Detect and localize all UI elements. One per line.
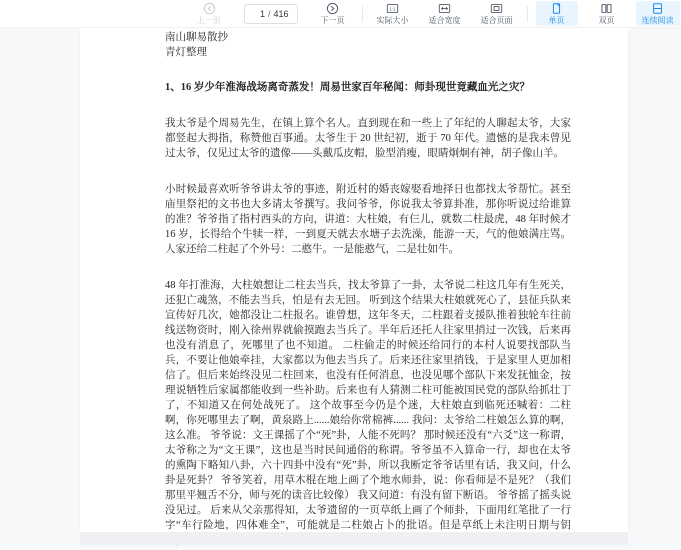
page-indicator[interactable]: / 416 bbox=[244, 4, 298, 24]
paragraph: 小时候最喜欢听爷爷讲太爷的事迹，附近村的婚丧嫁娶看地择日也都找太爷帮忙。甚至庙里… bbox=[165, 182, 571, 257]
single-page-button[interactable]: 单页 bbox=[536, 1, 578, 26]
fit-width-icon bbox=[438, 2, 451, 15]
page-total: 416 bbox=[274, 9, 289, 19]
double-page-icon bbox=[600, 2, 613, 15]
actual-size-button[interactable]: 1:1 实际大小 bbox=[371, 1, 415, 26]
next-page-label: 下一页 bbox=[321, 16, 345, 25]
fit-width-button[interactable]: 适合宽度 bbox=[423, 1, 467, 26]
fit-width-label: 适合宽度 bbox=[429, 16, 461, 25]
reader-toolbar: 上一页 / 416 下一页 1:1 实际大小 bbox=[0, 0, 681, 28]
toolbar-divider bbox=[527, 6, 528, 22]
one-to-one-icon: 1:1 bbox=[386, 2, 399, 15]
zoom-group: 1:1 实际大小 适合宽度 适合页面 bbox=[371, 1, 519, 26]
circle-arrow-right-icon bbox=[326, 2, 339, 15]
chapter-heading: 1、16 岁少年淮海战场离奇蒸发！周易世家百年秘闻：师卦现世竟藏血光之灾？ bbox=[165, 80, 571, 95]
single-page-icon bbox=[550, 2, 563, 15]
nav-group: 上一页 / 416 下一页 bbox=[188, 1, 354, 26]
fit-page-label: 适合页面 bbox=[481, 16, 513, 25]
pdf-page: 南山聊易散抄 青灯整理 1、16 岁少年淮海战场离奇蒸发！周易世家百年秘闻：师卦… bbox=[80, 28, 628, 532]
prev-page-button[interactable]: 上一页 bbox=[188, 1, 230, 26]
paragraph: 我太爷是个周易先生，在镇上算个名人。直到现在和一些上了年纪的人聊起太爷，大家都竖… bbox=[165, 116, 571, 161]
doc-title-line: 南山聊易散抄 bbox=[165, 30, 571, 45]
next-page-button[interactable]: 下一页 bbox=[312, 1, 354, 26]
document-viewport[interactable]: 南山聊易散抄 青灯整理 1、16 岁少年淮海战场离奇蒸发！周易世家百年秘闻：师卦… bbox=[0, 28, 681, 550]
layout-group: 单页 双页 连续阅读 bbox=[536, 1, 680, 26]
paragraph: 48 年打淮海，大柱娘想让二柱去当兵，找太爷算了一卦，太爷说二柱这几年有生死关，… bbox=[165, 278, 571, 548]
page-gap bbox=[80, 532, 628, 545]
actual-size-label: 实际大小 bbox=[377, 16, 409, 25]
page-separator: / bbox=[268, 9, 271, 19]
circle-arrow-left-icon bbox=[203, 2, 216, 15]
continuous-pages-icon bbox=[651, 2, 664, 15]
continuous-read-button[interactable]: 连续阅读 bbox=[636, 1, 680, 26]
fit-page-icon bbox=[490, 2, 503, 15]
prev-page-label: 上一页 bbox=[197, 16, 221, 25]
single-page-label: 单页 bbox=[549, 16, 565, 25]
fit-page-button[interactable]: 适合页面 bbox=[475, 1, 519, 26]
document-content: 南山聊易散抄 青灯整理 1、16 岁少年淮海战场离奇蒸发！周易世家百年秘闻：师卦… bbox=[165, 30, 571, 548]
svg-text:1:1: 1:1 bbox=[389, 6, 396, 11]
page-number-input[interactable] bbox=[253, 9, 265, 19]
double-page-label: 双页 bbox=[599, 16, 615, 25]
double-page-button[interactable]: 双页 bbox=[586, 1, 628, 26]
continuous-read-label: 连续阅读 bbox=[642, 16, 674, 25]
doc-compiler-line: 青灯整理 bbox=[165, 45, 571, 60]
toolbar-divider bbox=[362, 6, 363, 22]
